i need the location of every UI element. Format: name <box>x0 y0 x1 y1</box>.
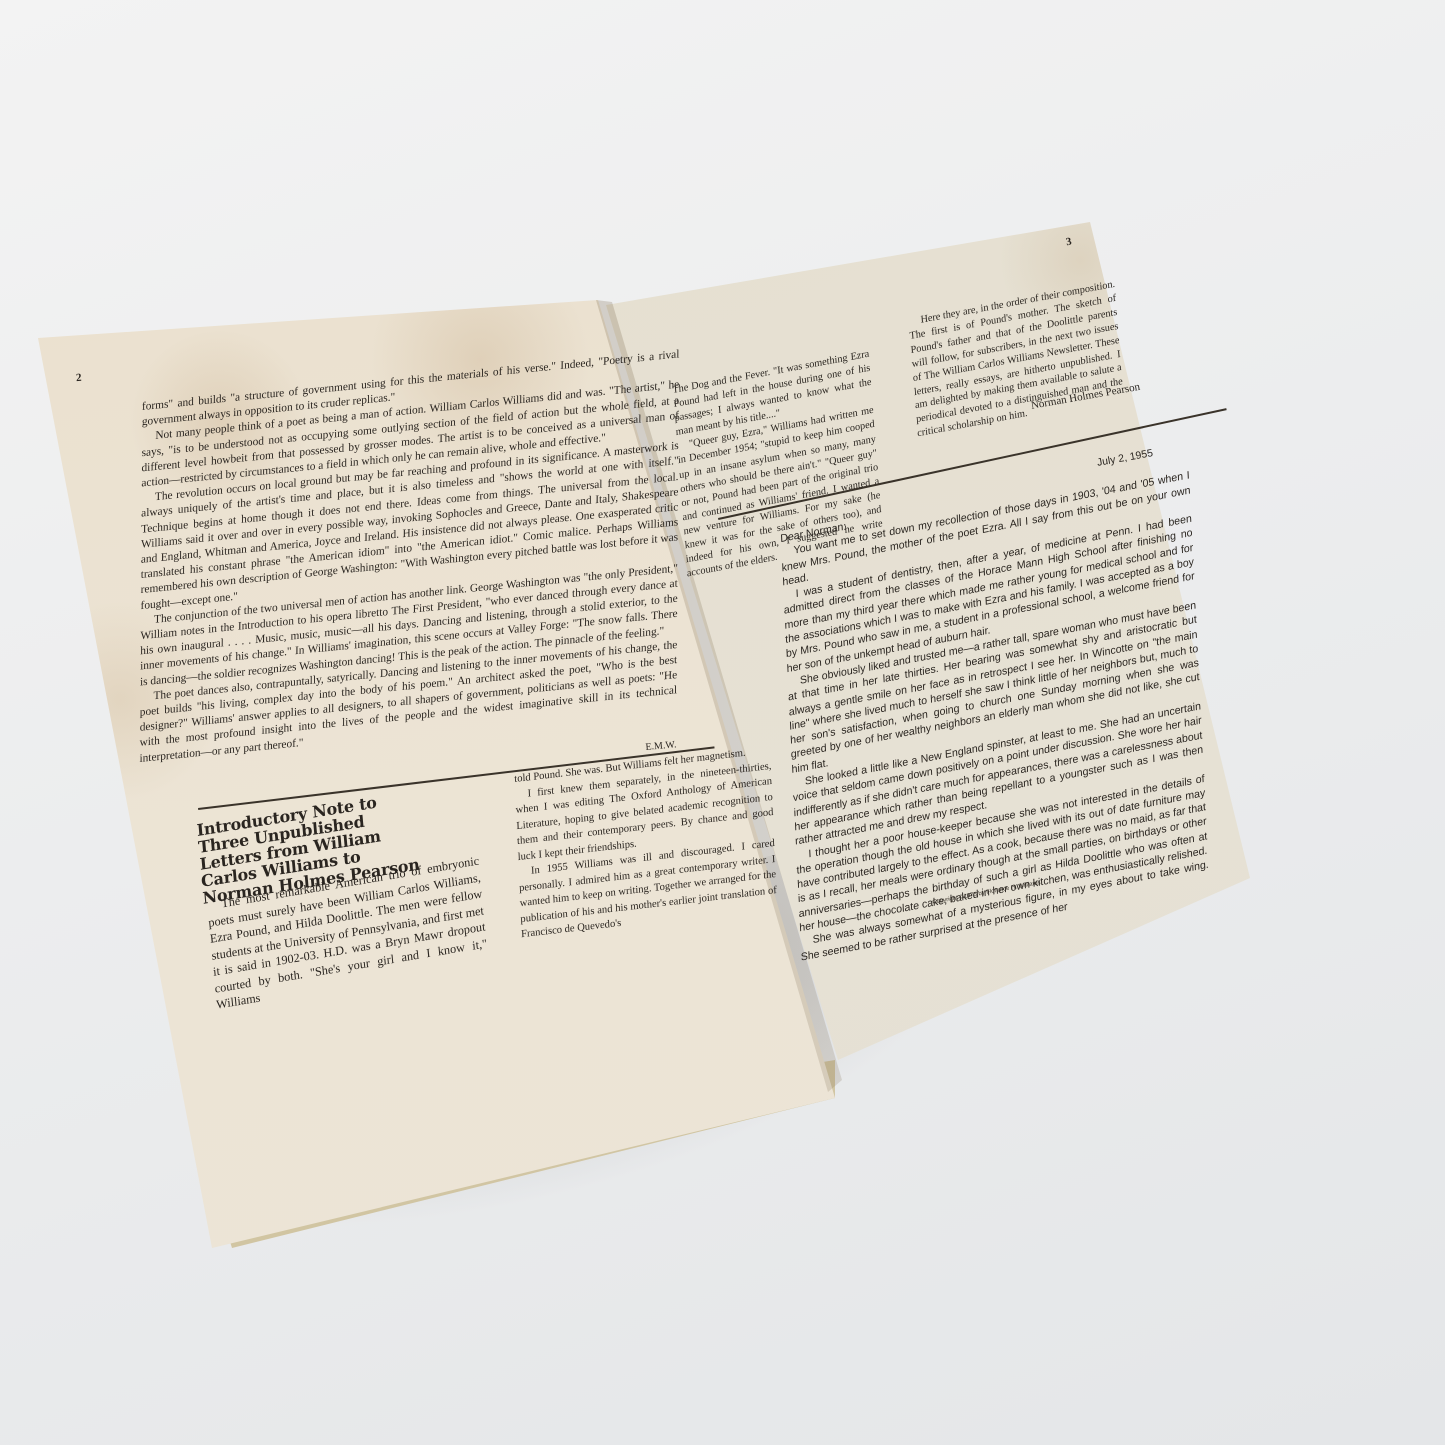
page-number-right: 3 <box>1065 236 1073 249</box>
page-number-left: 2 <box>76 372 82 384</box>
intro-column-2: told Pound. She was. But Williams felt h… <box>514 743 778 943</box>
photo-scene: 2 forms" and builds "a structure of gove… <box>0 0 1445 1445</box>
essay-body: forms" and builds "a structure of govern… <box>139 347 679 767</box>
